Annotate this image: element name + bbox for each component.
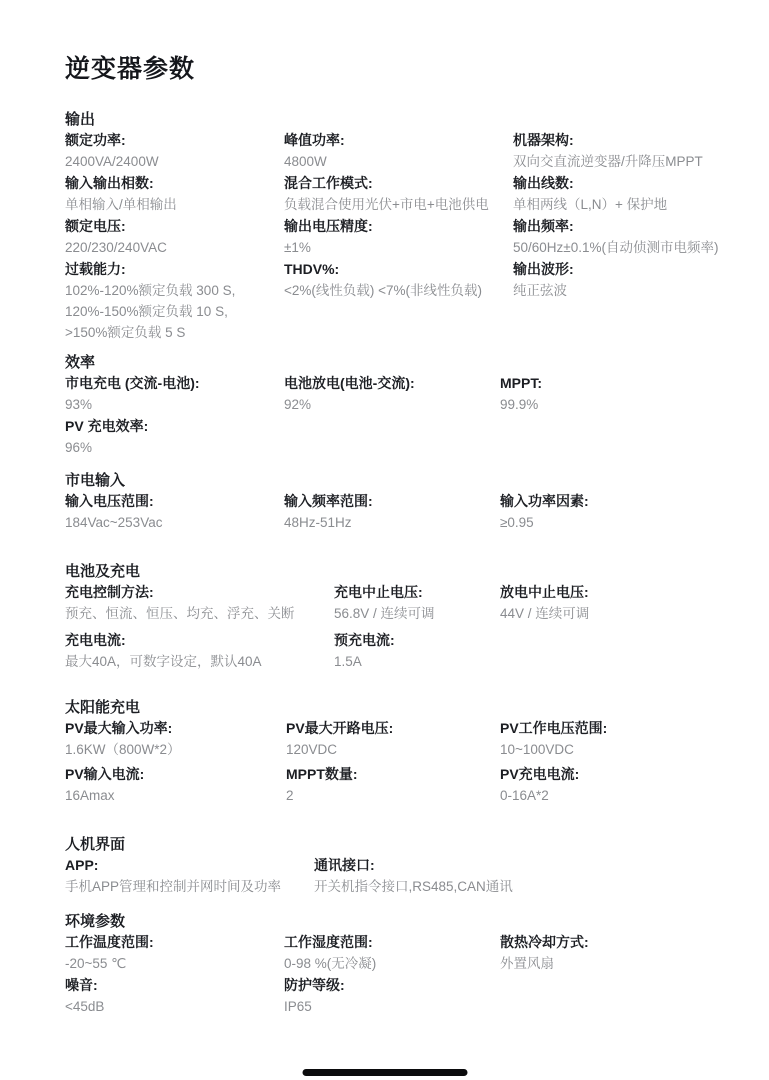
section-output-grid: 额定功率: 2400VA/2400W 峰值功率: 4800W 机器架构: 双向交…	[65, 130, 745, 343]
spec-item: 输出线数: 单相两线（L,N）+ 保护地	[513, 173, 745, 215]
spec-item: 混合工作模式: 负载混合使用光伏+市电+电池供电	[284, 173, 513, 215]
spec-item: 输入输出相数: 单相输入/单相输出	[65, 173, 284, 215]
spec-label: 额定电压:	[65, 216, 274, 237]
section-efficiency-grid: 市电充电 (交流-电池): 93% 电池放电(电池-交流): 92% MPPT:…	[65, 373, 745, 458]
spec-value: 96%	[65, 437, 274, 458]
spec-value: 0-16A*2	[500, 785, 735, 806]
spec-item: 散热冷却方式: 外置风扇	[500, 932, 745, 974]
spec-label: 预充电流:	[334, 630, 490, 651]
spec-item: 输出频率: 50/60Hz±0.1%(自动侦测市电频率)	[513, 216, 745, 258]
spec-value: 最大40A，可数字设定，默认40A	[65, 651, 324, 672]
spec-item: 充电中止电压: 56.8V / 连续可调	[334, 582, 500, 624]
spec-label: 电池放电(电池-交流):	[284, 373, 490, 394]
section-heading-battery: 电池及充电	[65, 561, 745, 582]
spec-item: 峰值功率: 4800W	[284, 130, 513, 172]
spec-value: 外置风扇	[500, 953, 735, 974]
page-title: 逆变器参数	[65, 54, 745, 84]
spec-item: 过载能力: 102%-120%额定负载 300 S, 120%-150%额定负载…	[65, 259, 284, 343]
spec-label: 充电控制方法:	[65, 582, 324, 603]
section-mains-input: 市电输入 输入电压范围: 184Vac~253Vac 输入频率范围: 48Hz-…	[65, 470, 745, 533]
spec-value: 双向交直流逆变器/升降压MPPT	[513, 151, 735, 172]
spec-item: 额定电压: 220/230/240VAC	[65, 216, 284, 258]
spec-label: PV 充电效率:	[65, 416, 274, 437]
spec-label: PV充电电流:	[500, 764, 735, 785]
spec-label: 混合工作模式:	[284, 173, 503, 194]
spec-item: THDV%: <2%(线性负载) <7%(非线性负载)	[284, 259, 513, 343]
spec-label: PV最大开路电压:	[286, 718, 490, 739]
spec-value: ±1%	[284, 237, 503, 258]
section-battery-grid: 充电控制方法: 预充、恒流、恒压、均充、浮充、关断 充电中止电压: 56.8V …	[65, 582, 745, 672]
section-heading-environment: 环境参数	[65, 911, 745, 932]
spec-label: 散热冷却方式:	[500, 932, 735, 953]
spec-value: 单相两线（L,N）+ 保护地	[513, 194, 735, 215]
spec-item: APP: 手机APP管理和控制并网时间及功率	[65, 855, 314, 897]
spec-label: 输出线数:	[513, 173, 735, 194]
spec-item: 放电中止电压: 44V / 连续可调	[500, 582, 745, 624]
spec-value: 2	[286, 785, 490, 806]
spec-value: 56.8V / 连续可调	[334, 603, 490, 624]
section-heading-mains-input: 市电输入	[65, 470, 745, 491]
section-environment-grid: 工作温度范围: -20~55 ℃ 工作湿度范围: 0-98 %(无冷凝) 散热冷…	[65, 932, 745, 1017]
spec-label: 市电充电 (交流-电池):	[65, 373, 274, 394]
spec-item: 工作湿度范围: 0-98 %(无冷凝)	[284, 932, 500, 974]
spec-value: 负载混合使用光伏+市电+电池供电	[284, 194, 503, 215]
section-efficiency: 效率 市电充电 (交流-电池): 93% 电池放电(电池-交流): 92% MP…	[65, 352, 745, 458]
spec-item: PV最大开路电压: 120VDC	[286, 718, 500, 760]
spec-item: 充电控制方法: 预充、恒流、恒压、均充、浮充、关断	[65, 582, 334, 624]
spec-value: 纯正弦波	[513, 280, 735, 301]
spec-value: 120VDC	[286, 739, 490, 760]
section-hmi-grid: APP: 手机APP管理和控制并网时间及功率 通讯接口: 开关机指令接口,RS4…	[65, 855, 745, 897]
spec-label: 机器架构:	[513, 130, 735, 151]
spec-value: 1.6KW（800W*2）	[65, 739, 276, 760]
spec-item: 充电电流: 最大40A，可数字设定，默认40A	[65, 630, 334, 672]
spec-value: 184Vac~253Vac	[65, 512, 274, 533]
section-hmi: 人机界面 APP: 手机APP管理和控制并网时间及功率 通讯接口: 开关机指令接…	[65, 834, 745, 897]
spec-value: 99.9%	[500, 394, 735, 415]
spec-value: 预充、恒流、恒压、均充、浮充、关断	[65, 603, 324, 624]
spec-value: 单相输入/单相输出	[65, 194, 274, 215]
section-output: 输出 额定功率: 2400VA/2400W 峰值功率: 4800W 机器架构: …	[65, 109, 745, 343]
section-battery-charging: 电池及充电 充电控制方法: 预充、恒流、恒压、均充、浮充、关断 充电中止电压: …	[65, 561, 745, 672]
spec-label: 放电中止电压:	[500, 582, 735, 603]
spec-label: 充电电流:	[65, 630, 324, 651]
section-solar-charging: 太阳能充电 PV最大输入功率: 1.6KW（800W*2） PV最大开路电压: …	[65, 697, 745, 806]
spec-page: 逆变器参数 输出 额定功率: 2400VA/2400W 峰值功率: 4800W …	[0, 0, 769, 1080]
spec-item: MPPT数量: 2	[286, 764, 500, 806]
spec-value: 4800W	[284, 151, 503, 172]
spec-item: 输入功率因素: ≥0.95	[500, 491, 745, 533]
section-heading-solar: 太阳能充电	[65, 697, 745, 718]
spec-item: PV输入电流: 16Amax	[65, 764, 286, 806]
spec-value: IP65	[284, 996, 490, 1017]
spec-value: ≥0.95	[500, 512, 735, 533]
spec-label: 输出频率:	[513, 216, 735, 237]
spec-label: MPPT数量:	[286, 764, 490, 785]
spec-value: 220/230/240VAC	[65, 237, 274, 258]
spec-value: 16Amax	[65, 785, 276, 806]
spec-value: 手机APP管理和控制并网时间及功率	[65, 876, 304, 897]
spec-label: APP:	[65, 855, 304, 876]
section-mains-grid: 输入电压范围: 184Vac~253Vac 输入频率范围: 48Hz-51Hz …	[65, 491, 745, 533]
spec-label: 充电中止电压:	[334, 582, 490, 603]
spec-value: 92%	[284, 394, 490, 415]
spec-label: 输出波形:	[513, 259, 735, 280]
spec-item: 输入电压范围: 184Vac~253Vac	[65, 491, 284, 533]
spec-item: PV充电电流: 0-16A*2	[500, 764, 745, 806]
spec-label: PV工作电压范围:	[500, 718, 735, 739]
spec-value: 50/60Hz±0.1%(自动侦测市电频率)	[513, 237, 735, 258]
spec-label: 噪音:	[65, 975, 274, 996]
spec-label: THDV%:	[284, 259, 503, 280]
spec-item: PV 充电效率: 96%	[65, 416, 284, 458]
spec-label: 工作湿度范围:	[284, 932, 490, 953]
section-solar-grid: PV最大输入功率: 1.6KW（800W*2） PV最大开路电压: 120VDC…	[65, 718, 745, 806]
spec-item: 防护等级: IP65	[284, 975, 500, 1017]
spec-label: PV最大输入功率:	[65, 718, 276, 739]
spec-value: 10~100VDC	[500, 739, 735, 760]
spec-label: 过载能力:	[65, 259, 274, 280]
spec-label: PV输入电流:	[65, 764, 276, 785]
spec-value: 44V / 连续可调	[500, 603, 735, 624]
spec-value: 102%-120%额定负载 300 S, 120%-150%额定负载 10 S,…	[65, 280, 274, 343]
spec-label: 输入功率因素:	[500, 491, 735, 512]
section-heading-output: 输出	[65, 109, 745, 130]
spec-label: 防护等级:	[284, 975, 490, 996]
spec-item: 电池放电(电池-交流): 92%	[284, 373, 500, 415]
spec-item: 输出波形: 纯正弦波	[513, 259, 745, 343]
spec-value: <2%(线性负载) <7%(非线性负载)	[284, 280, 503, 301]
spec-label: 输入输出相数:	[65, 173, 274, 194]
spec-value: 0-98 %(无冷凝)	[284, 953, 490, 974]
spec-label: 通讯接口:	[314, 855, 735, 876]
spec-item: MPPT: 99.9%	[500, 373, 745, 415]
spec-label: 工作温度范围:	[65, 932, 274, 953]
spec-value: 1.5A	[334, 651, 490, 672]
spec-label: 输出电压精度:	[284, 216, 503, 237]
spec-value: <45dB	[65, 996, 274, 1017]
spec-item: 输出电压精度: ±1%	[284, 216, 513, 258]
spec-item: 市电充电 (交流-电池): 93%	[65, 373, 284, 415]
spec-label: 额定功率:	[65, 130, 274, 151]
spec-item: 输入频率范围: 48Hz-51Hz	[284, 491, 500, 533]
spec-value: -20~55 ℃	[65, 953, 274, 974]
spec-item: 额定功率: 2400VA/2400W	[65, 130, 284, 172]
spec-label: 峰值功率:	[284, 130, 503, 151]
spec-value: 2400VA/2400W	[65, 151, 274, 172]
spec-item: 工作温度范围: -20~55 ℃	[65, 932, 284, 974]
section-heading-hmi: 人机界面	[65, 834, 745, 855]
home-indicator[interactable]	[302, 1069, 467, 1076]
spec-item: 通讯接口: 开关机指令接口,RS485,CAN通讯	[314, 855, 745, 897]
spec-item: 预充电流: 1.5A	[334, 630, 500, 672]
spec-label: 输入电压范围:	[65, 491, 274, 512]
section-environment: 环境参数 工作温度范围: -20~55 ℃ 工作湿度范围: 0-98 %(无冷凝…	[65, 911, 745, 1017]
spec-label: 输入频率范围:	[284, 491, 490, 512]
spec-value: 93%	[65, 394, 274, 415]
spec-value: 开关机指令接口,RS485,CAN通讯	[314, 876, 735, 897]
spec-item: 噪音: <45dB	[65, 975, 284, 1017]
section-heading-efficiency: 效率	[65, 352, 745, 373]
spec-label: MPPT:	[500, 373, 735, 394]
spec-item: 机器架构: 双向交直流逆变器/升降压MPPT	[513, 130, 745, 172]
spec-value: 48Hz-51Hz	[284, 512, 490, 533]
spec-item: PV最大输入功率: 1.6KW（800W*2）	[65, 718, 286, 760]
spec-item: PV工作电压范围: 10~100VDC	[500, 718, 745, 760]
